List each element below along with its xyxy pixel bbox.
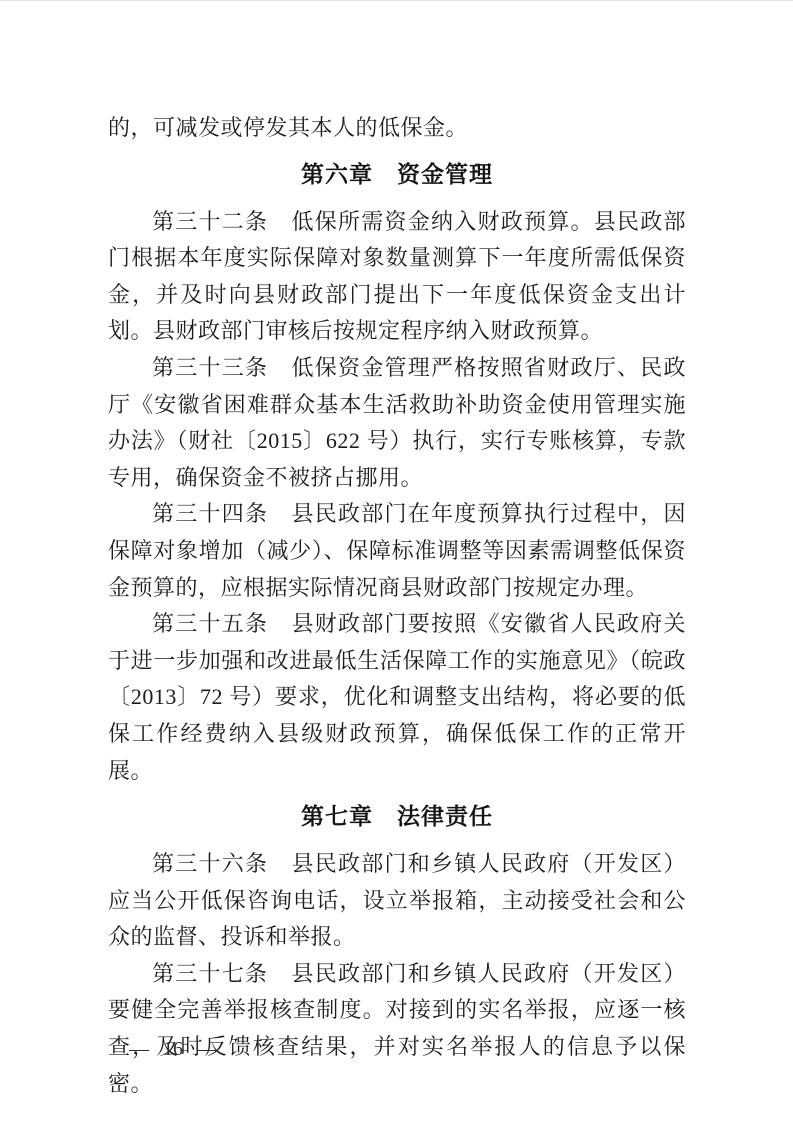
- article-36-paragraph: 第三十六条 县民政部门和乡镇人民政府（开发区）应当公开低保咨询电话，设立举报箱，…: [108, 846, 686, 956]
- page-top-edge-line: [0, 0, 793, 1]
- chapter-7-heading: 第七章 法律责任: [108, 802, 686, 833]
- article-34-paragraph: 第三十四条 县民政部门在年度预算执行过程中，因保障对象增加（减少）、保障标准调整…: [108, 496, 686, 606]
- page-number: — 16 —: [129, 1036, 217, 1062]
- article-35-paragraph: 第三十五条 县财政部门要按照《安徽省人民政府关于进一步加强和改进最低生活保障工作…: [108, 606, 686, 789]
- article-32-paragraph: 第三十二条 低保所需资金纳入财政预算。县民政部门根据本年度实际保障对象数量测算下…: [108, 204, 686, 350]
- carryover-paragraph-line: 的，可减发或停发其本人的低保金。: [108, 110, 686, 147]
- chapter-6-heading: 第六章 资金管理: [108, 160, 686, 191]
- document-page: 的，可减发或停发其本人的低保金。 第六章 资金管理 第三十二条 低保所需资金纳入…: [0, 0, 793, 1122]
- article-33-paragraph: 第三十三条 低保资金管理严格按照省财政厅、民政厅《安徽省困难群众基本生活救助补助…: [108, 350, 686, 496]
- article-37-paragraph: 第三十七条 县民政部门和乡镇人民政府（开发区）要健全完善举报核查制度。对接到的实…: [108, 956, 686, 1102]
- document-body: 的，可减发或停发其本人的低保金。 第六章 资金管理 第三十二条 低保所需资金纳入…: [108, 110, 686, 1102]
